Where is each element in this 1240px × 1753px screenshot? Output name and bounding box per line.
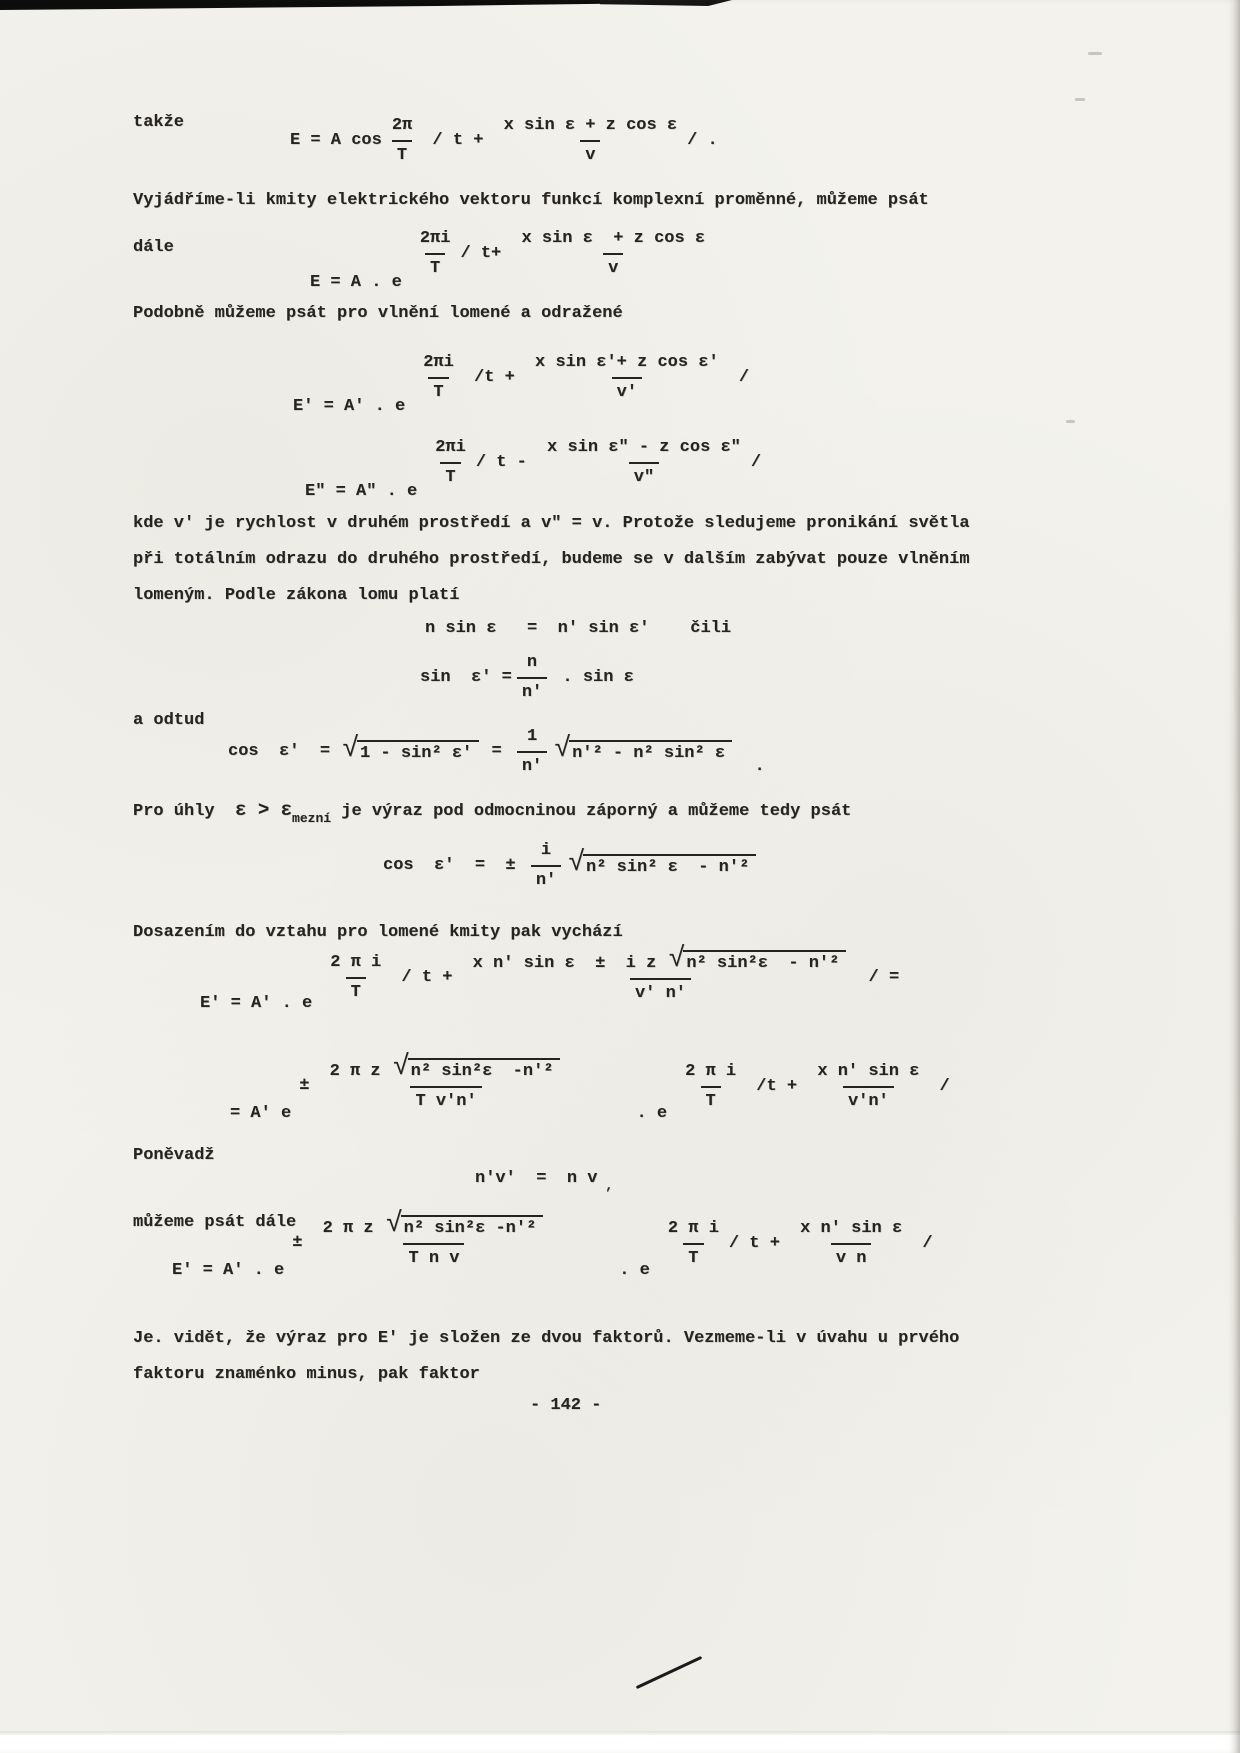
formula-base: E' = A' . e bbox=[200, 993, 312, 1015]
fraction-numerator: 2π bbox=[387, 115, 417, 140]
paragraph-vyjadrime: Vyjádříme-li kmity elektrického vektoru … bbox=[133, 190, 929, 211]
radicand: 1 - sin² ε' bbox=[357, 740, 479, 765]
formula-cos-imaginary: cos ε' = ± in'√n² sin² ε - n'² bbox=[383, 840, 758, 892]
formula-lhs: E = A cos bbox=[290, 130, 382, 152]
formula-refracted-factored: = A' e± 2 π z √n² sin²ε -n'²T v'n'. e2 π… bbox=[230, 1058, 950, 1125]
sqrt: √n² sin²ε - n'² bbox=[669, 950, 847, 975]
math-token: / t + bbox=[391, 967, 462, 989]
fraction-numerator: 2πi bbox=[430, 437, 471, 462]
fraction: x sin ε + z cos εv bbox=[499, 115, 682, 167]
paragraph-je-videt-line2: faktoru znaménko minus, pak faktor bbox=[133, 1364, 480, 1385]
formula-lhs: sin ε' = bbox=[420, 667, 512, 689]
paper-tear-mark bbox=[1075, 98, 1085, 101]
math-token: / bbox=[729, 367, 749, 389]
fraction-numerator: x n' sin ε bbox=[795, 1218, 907, 1243]
fraction: x sin ε + z cos εv bbox=[516, 228, 710, 280]
sqrt: √n'² - n² sin² ε bbox=[554, 740, 732, 765]
exponent: 2πiT/ t+ x sin ε + z cos εv bbox=[410, 228, 715, 280]
exponent: ± 2 π z √n² sin²ε -n'²T v'n' bbox=[299, 1058, 572, 1113]
subscript: mezní bbox=[292, 808, 331, 829]
math-token: / t + bbox=[729, 1233, 790, 1255]
fraction-denominator: T n v bbox=[403, 1243, 464, 1270]
formula-base: E' = A' . e bbox=[293, 396, 405, 418]
pen-stroke-mark bbox=[636, 1656, 703, 1689]
radical-sign: √ bbox=[568, 852, 585, 876]
formula-e-exponential: E = A . e2πiT/ t+ x sin ε + z cos εv bbox=[310, 228, 715, 294]
fraction-denominator: T bbox=[346, 977, 366, 1004]
math-token: 2 π z bbox=[323, 1218, 384, 1240]
sqrt: √n² sin² ε - n'² bbox=[568, 854, 756, 879]
formula-base: E = A . e bbox=[310, 272, 402, 294]
exponent: 2 π iT /t + x n' sin εv'n' / bbox=[675, 1061, 950, 1113]
fraction-numerator: 2πi bbox=[418, 352, 459, 377]
math-token: / bbox=[929, 1076, 949, 1098]
fraction-numerator: 2 π i bbox=[325, 952, 386, 977]
fraction-denominator: v" bbox=[629, 462, 659, 489]
math-token: / bbox=[751, 452, 761, 474]
fraction: 2 π iT bbox=[325, 952, 386, 1004]
fraction-numerator: 2 π z √n² sin²ε -n'² bbox=[318, 1215, 551, 1243]
paragraph-dale: dále bbox=[133, 237, 174, 258]
scan-background-strip bbox=[0, 1735, 1240, 1753]
fraction-numerator: 2πi bbox=[415, 228, 456, 253]
comma-low: , bbox=[597, 1175, 613, 1196]
exponent: 2πiT/ t - x sin ε" - z cos ε"v"/ bbox=[425, 437, 761, 489]
fraction-denominator: T bbox=[392, 140, 412, 167]
fraction-numerator: 2 π z √n² sin²ε -n'² bbox=[325, 1058, 568, 1086]
radical-sign: √ bbox=[669, 948, 686, 972]
plus-minus-sign: ± bbox=[292, 1232, 312, 1254]
radicand: n² sin²ε -n'² bbox=[401, 1215, 544, 1240]
page-number: - 142 - bbox=[530, 1395, 601, 1416]
paragraph-je-videt-line1: Je. vidět, že výraz pro E' je složen ze … bbox=[133, 1328, 959, 1349]
formula-nv-relation: n'v' = n v , bbox=[475, 1168, 613, 1189]
formula-base: = A' e bbox=[230, 1103, 291, 1125]
math-token: . e bbox=[619, 1260, 650, 1282]
fraction-denominator: n' bbox=[517, 751, 547, 778]
math-token: . sin ε bbox=[552, 667, 634, 689]
exponent: 2 π iT / t + x n' sin ε ± i z √n² sin²ε … bbox=[320, 950, 899, 1005]
exponent: ± 2 π z √n² sin²ε -n'²T n v bbox=[292, 1215, 555, 1270]
fraction: 2 π iT bbox=[680, 1061, 741, 1113]
radicand: n² sin²ε -n'² bbox=[408, 1058, 561, 1083]
sqrt: √n² sin²ε -n'² bbox=[386, 1215, 543, 1240]
math-token: / t+ bbox=[460, 243, 511, 265]
paragraph-kde-line3: lomeným. Podle zákona lomu platí bbox=[133, 585, 459, 606]
fraction-numerator: x n' sin ε ± i z √n² sin²ε - n'² bbox=[468, 950, 854, 978]
formula-snell-law: n sin ε = n' sin ε' čili bbox=[425, 618, 731, 639]
scanned-document-page: takže E = A cos2πT / t + x sin ε + z cos… bbox=[0, 0, 1240, 1753]
fraction-denominator: T bbox=[425, 253, 445, 280]
paragraph-kde-line2: při totálním odrazu do druhého prostředí… bbox=[133, 549, 970, 570]
fraction: 2πT bbox=[387, 115, 417, 167]
math-token: / t - bbox=[476, 452, 537, 474]
fraction: x n' sin εv'n' bbox=[812, 1061, 924, 1113]
scan-artifact-top-band-2 bbox=[600, 0, 732, 6]
fraction-numerator: x sin ε + z cos ε bbox=[499, 115, 682, 140]
math-token: / = bbox=[858, 967, 899, 989]
fraction-denominator: T bbox=[701, 1086, 721, 1113]
fraction: x sin ε'+ z cos ε'v' bbox=[530, 352, 724, 404]
fraction-denominator: n' bbox=[531, 865, 561, 892]
sqrt: √1 - sin² ε' bbox=[342, 740, 479, 765]
fraction-numerator: i bbox=[536, 840, 556, 865]
fraction: nn' bbox=[517, 652, 547, 704]
math-token: / . bbox=[687, 130, 718, 152]
text-run: je výraz pod odmocninou záporný a můžeme… bbox=[331, 802, 851, 821]
fraction: 1n' bbox=[517, 726, 547, 778]
fraction-denominator: n' bbox=[517, 677, 547, 704]
radical-sign: √ bbox=[386, 1213, 403, 1237]
paper-tear-mark bbox=[1066, 420, 1075, 423]
paragraph-ponevadz: Poněvadž bbox=[133, 1145, 215, 1166]
sqrt: √n² sin²ε -n'² bbox=[393, 1058, 561, 1083]
fraction: 2 π iT bbox=[663, 1218, 724, 1270]
exponent: 2 π iT/ t + x n' sin εv n / bbox=[658, 1218, 933, 1270]
formula-e-double-prime: E" = A" . e2πiT/ t - x sin ε" - z cos ε"… bbox=[305, 437, 761, 503]
fraction: x n' sin εv n bbox=[795, 1218, 907, 1270]
paragraph-dosazenim: Dosazením do vztahu pro lomené kmity pak… bbox=[133, 922, 623, 943]
fraction-denominator: v n bbox=[831, 1243, 872, 1270]
math-token: /t + bbox=[746, 1076, 807, 1098]
fraction-numerator: n bbox=[522, 652, 542, 677]
fraction: in' bbox=[531, 840, 561, 892]
math-token: . bbox=[734, 756, 765, 778]
math-token: /t + bbox=[464, 367, 525, 389]
fraction-numerator: x sin ε'+ z cos ε' bbox=[530, 352, 724, 377]
fraction-denominator: v'n' bbox=[843, 1086, 894, 1113]
fraction-denominator: v' n' bbox=[630, 978, 691, 1005]
fraction: x sin ε" - z cos ε"v" bbox=[542, 437, 746, 489]
paragraph-pro-uhly: Pro úhly ε > εmezní je výraz pod odmocni… bbox=[133, 800, 851, 822]
formula-cos-sqrt: cos ε' = √1 - sin² ε' = 1n'√n'² - n² sin… bbox=[228, 726, 765, 778]
radicand: n'² - n² sin² ε bbox=[569, 740, 732, 765]
formula-e-prime: E' = A' . e2πiT /t + x sin ε'+ z cos ε'v… bbox=[293, 352, 749, 418]
fraction: x n' sin ε ± i z √n² sin²ε - n'²v' n' bbox=[468, 950, 854, 1005]
paper-tear-mark bbox=[1088, 52, 1102, 55]
formula-lhs: cos ε' = bbox=[228, 741, 340, 763]
fraction: 2 π z √n² sin²ε -n'²T v'n' bbox=[325, 1058, 568, 1113]
exponent: 2πiT /t + x sin ε'+ z cos ε'v' / bbox=[413, 352, 749, 404]
fraction-denominator: T bbox=[440, 462, 460, 489]
radicand: n² sin²ε - n'² bbox=[683, 950, 846, 975]
formula-final: E' = A' . e± 2 π z √n² sin²ε -n'²T n v. … bbox=[172, 1215, 933, 1282]
paragraph-a-odtud: a odtud bbox=[133, 710, 204, 731]
math-token: n'v' = n v bbox=[475, 1169, 597, 1188]
plus-minus-sign: ± bbox=[299, 1075, 319, 1097]
math-token: x n' sin ε ± i z bbox=[473, 953, 667, 975]
formula-lhs: cos ε' = ± bbox=[383, 855, 526, 877]
formula-refracted-full: E' = A' . e2 π iT / t + x n' sin ε ± i z… bbox=[200, 950, 899, 1015]
fraction-numerator: 1 bbox=[522, 726, 542, 751]
fraction: 2πiT bbox=[418, 352, 459, 404]
paragraph-podobne: Podobně můžeme psát pro vlnění lomené a … bbox=[133, 303, 623, 324]
fraction-denominator: T bbox=[683, 1243, 703, 1270]
formula-base: E' = A' . e bbox=[172, 1260, 284, 1282]
paragraph-takze: takže bbox=[133, 112, 184, 133]
scan-artifact-top-band bbox=[0, 0, 625, 10]
radicand: n² sin² ε - n'² bbox=[583, 854, 756, 879]
fraction-denominator: T bbox=[428, 377, 448, 404]
math-token: = bbox=[481, 741, 512, 763]
fraction: 2πiT bbox=[415, 228, 456, 280]
fraction-numerator: x sin ε" - z cos ε" bbox=[542, 437, 746, 462]
fraction-denominator: v' bbox=[612, 377, 642, 404]
math-token: / bbox=[912, 1233, 932, 1255]
fraction-numerator: 2 π i bbox=[663, 1218, 724, 1243]
text-run: Pro úhly bbox=[133, 802, 235, 821]
formula-sin-ratio: sin ε' =nn' . sin ε bbox=[420, 652, 634, 704]
formula-e-cos: E = A cos2πT / t + x sin ε + z cos εv/ . bbox=[290, 115, 718, 167]
fraction-denominator: v bbox=[603, 253, 623, 280]
math-token: / t + bbox=[422, 130, 493, 152]
fraction-denominator: v bbox=[580, 140, 600, 167]
fraction-denominator: T v'n' bbox=[410, 1086, 481, 1113]
math-token: . e bbox=[636, 1103, 667, 1125]
fraction: 2πiT bbox=[430, 437, 471, 489]
math-token: 2 π z bbox=[330, 1061, 391, 1083]
fraction-numerator: x sin ε + z cos ε bbox=[516, 228, 710, 253]
radical-sign: √ bbox=[393, 1056, 410, 1080]
fraction: 2 π z √n² sin²ε -n'²T n v bbox=[318, 1215, 551, 1270]
radical-sign: √ bbox=[342, 738, 359, 762]
paragraph-kde-line1: kde v' je rychlost v druhém prostředí a … bbox=[133, 513, 970, 534]
math-token: ε > ε bbox=[235, 799, 292, 821]
fraction-numerator: x n' sin ε bbox=[812, 1061, 924, 1086]
radical-sign: √ bbox=[554, 738, 571, 762]
formula-base: E" = A" . e bbox=[305, 481, 417, 503]
fraction-numerator: 2 π i bbox=[680, 1061, 741, 1086]
